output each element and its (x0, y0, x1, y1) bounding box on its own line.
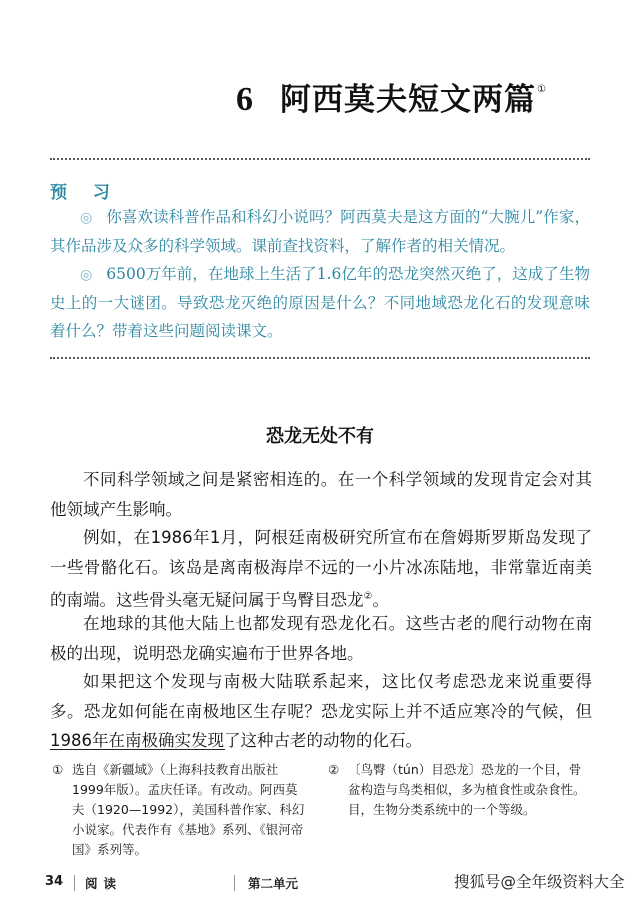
preview-item: ◎6500万年前，在地球上生活了1.6亿年的恐龙突然灭绝了，这成了生物史上的一大… (50, 260, 590, 345)
footnote-2: ② 〔鸟臀（tún）目恐龙〕恐龙的一个目，骨盆构造与鸟类相似，多为植食性或杂食性… (328, 760, 590, 820)
lesson-number: 6 (236, 81, 254, 118)
preview-item-text: 你喜欢读科普作品和科幻小说吗？阿西莫夫是这方面的“大腕儿”作家，其作品涉及众多的… (50, 208, 590, 255)
article-paragraph: 不同科学领域之间是紧密相连的。在一个科学领域的发现肯定会对其他领域产生影响。 (50, 465, 592, 524)
preview-top-divider (50, 158, 590, 160)
footer-separator (234, 875, 235, 891)
watermark: 搜狐号@全年级资料大全 (454, 870, 625, 892)
article-paragraph: 在地球的其他大陆上也都发现有恐龙化石。这些古老的爬行动物在南极的出现，说明恐龙确… (50, 609, 592, 668)
footnote-marker: ① (52, 760, 63, 780)
footer-book-section: 阅读 (85, 874, 122, 892)
article-paragraph: 如果把这个发现与南极大陆联系起来，这比仅考虑恐龙来说重要得多。恐龙如何能在南极地… (50, 667, 592, 756)
bullet-circle-icon: ◎ (80, 210, 92, 226)
preview-heading: 预 习 (50, 178, 120, 203)
article-title: 恐龙无处不有 (0, 422, 640, 448)
footnote-text: 选自《新疆域》（上海科技教育出版社1999年版）。孟庆任译。有改动。阿西莫夫（1… (52, 760, 310, 860)
footnote-marker: ② (328, 760, 339, 780)
paragraph-text: 不同科学领域之间是紧密相连的。在一个科学领域的发现肯定会对其他领域产生影响。 (50, 470, 592, 519)
preview-item: ◎你喜欢读科普作品和科幻小说吗？阿西莫夫是这方面的“大腕儿”作家，其作品涉及众多… (50, 203, 590, 260)
footnote-divider (50, 749, 225, 750)
paragraph-text: 如果把这个发现与南极大陆联系起来，这比仅考虑恐龙来说重要得多。恐龙如何能在南极地… (50, 672, 592, 750)
lesson-footnote-marker[interactable]: ① (537, 84, 547, 95)
footer-unit: 第二单元 (248, 874, 298, 892)
preview-item-text: 6500万年前，在地球上生活了1.6亿年的恐龙突然灭绝了，这成了生物史上的一大谜… (50, 265, 590, 340)
paragraph-text: 例如，在1986年1月，阿根廷南极研究所宣布在詹姆斯罗斯岛发现了一些骨骼化石。该… (50, 528, 592, 610)
preview-bottom-divider (50, 357, 590, 359)
footnote-text: 〔鸟臀（tún）目恐龙〕恐龙的一个目，骨盆构造与鸟类相似，多为植食性或杂食性。目… (328, 760, 590, 820)
bullet-circle-icon: ◎ (80, 267, 92, 283)
article-paragraph: 例如，在1986年1月，阿根廷南极研究所宣布在詹姆斯罗斯岛发现了一些骨骼化石。该… (50, 523, 592, 615)
footer-separator (74, 875, 75, 891)
lesson-title: 6阿西莫夫短文两篇① (0, 74, 640, 119)
footnote-1: ① 选自《新疆域》（上海科技教育出版社1999年版）。孟庆任译。有改动。阿西莫夫… (52, 760, 310, 860)
paragraph-text: 在地球的其他大陆上也都发现有恐龙化石。这些古老的爬行动物在南极的出现，说明恐龙确… (50, 614, 592, 663)
page-number: 34 (45, 874, 63, 889)
lesson-title-text: 阿西莫夫短文两篇 (280, 82, 536, 118)
paragraph-tail: 。 (372, 591, 389, 610)
